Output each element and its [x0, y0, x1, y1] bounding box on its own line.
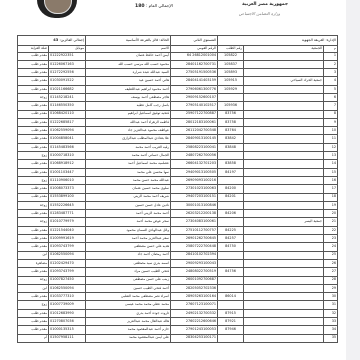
row-association: جمعية اليسر [244, 218, 324, 226]
row-association [244, 276, 324, 284]
row-association [244, 318, 324, 326]
row-national-id: 26604132701203 [171, 160, 218, 168]
row-name: اسمه بدري سيد مصطفى [86, 259, 171, 267]
table-row: 178420027301023100063سلوى محمد حسين عثما… [18, 185, 338, 193]
row-association [244, 251, 324, 259]
row-relation: زوج [18, 176, 49, 184]
row-national-id: 26001092700687 [171, 276, 218, 284]
table-row: 88375625907122700887فتحيه توفيق اسماعيل … [18, 110, 338, 118]
country-title: جمهورية مصر العربية [242, 2, 288, 7]
row-name: محمود حسب الله مرسي حسب الله [86, 60, 171, 68]
row-mobile: 01202429470 [49, 259, 86, 267]
table-row: 629009152600107هاجر مصطفى أحمد يوسف01145… [18, 93, 338, 101]
row-mobile: 01222922351 [49, 52, 86, 60]
row-national-id: 27607123100071 [171, 301, 218, 309]
row-mobile: 01062550094 [49, 251, 86, 259]
row-association [244, 135, 324, 143]
row-request-no: 84200 [218, 185, 244, 193]
row-mobile: 01272292556 [49, 69, 86, 77]
table-body: 110582226812001004 64أيمن أحمد حافظ عثما… [18, 52, 338, 342]
row-mobile: 01008073373 [49, 185, 86, 193]
table-row: 248475025807222700448هديه علي حسن مصطفى0… [18, 243, 338, 251]
row-request-no [218, 93, 244, 101]
row-request-no: 83842 [218, 135, 244, 143]
row-number: 10 [324, 127, 338, 135]
row-mobile: 01093743799 [49, 268, 86, 276]
row-mobile: 01093743799 [49, 243, 86, 251]
row-request-no [218, 176, 244, 184]
table-row: 110582226812001004 64أيمن أحمد حافظ عثما… [18, 52, 338, 60]
row-name: علا بغدادي عبدالمطلب عبدالرازق [86, 135, 171, 143]
row-association [244, 259, 324, 267]
row-national-id: 27304083100061 [171, 218, 218, 226]
table-row: 3528304253100171علي ايمن عبدالمقصود محمد… [18, 334, 338, 342]
row-association [244, 110, 324, 118]
row-name: الجمال حساني أحمد محمد [86, 152, 171, 160]
row-name: عبدالله محمد حسن محمد [86, 176, 171, 184]
row-national-id: 27602212600646 [171, 318, 218, 326]
table-row: 1626909093100216عبدالله محمد حسن محمد011… [18, 176, 338, 184]
row-national-id: 26203212200138 [171, 210, 218, 218]
row-national-id: 29009293100043 [171, 259, 218, 267]
row-number: 21 [324, 218, 338, 226]
row-association [244, 85, 324, 93]
row-request-no [218, 251, 244, 259]
row-number: 13 [324, 152, 338, 160]
row-mobile: 01221544040 [49, 226, 86, 234]
row-association [244, 176, 324, 184]
row-association [244, 118, 324, 126]
row-name: فتحي الطيب حسين مراد [86, 268, 171, 276]
row-number: 11 [324, 135, 338, 143]
row-association [244, 301, 324, 309]
row-association [244, 268, 324, 276]
row-request-no [218, 201, 244, 209]
row-name: أيمن أحمد حافظ عثمان [86, 52, 171, 60]
row-request-no [218, 334, 244, 342]
row-mobile: 01270807036 [49, 318, 86, 326]
row-number: 2 [324, 60, 338, 68]
row-name: حازم أحمد عبدالمقصود محمد [86, 326, 171, 334]
row-relation: مقدم طلب [18, 243, 49, 251]
table-row: 1324807262700056الجمال حساني أحمد محمد01… [18, 152, 338, 160]
row-request-no: 105893 [218, 69, 244, 77]
row-relation: مقدم طلب [18, 60, 49, 68]
row-mobile: 01226067163 [49, 60, 86, 68]
row-association [244, 293, 324, 301]
row-national-id: 25907122700887 [171, 110, 218, 118]
row-mobile: 01033777310 [49, 293, 86, 301]
row-name: سلوى محمد حسين عثمان [86, 185, 171, 193]
row-national-id: 27505191500536 [171, 69, 218, 77]
table-row: 310589327505191500536السيد عبدالله عبده … [18, 69, 338, 77]
row-association [244, 127, 324, 135]
row-name: أحمد رمضان أحمد جاد [86, 251, 171, 259]
row-name: هاله عبدالعال محمد عبدالعزيز [86, 318, 171, 326]
emblem-logo [37, 0, 77, 18]
row-relation: مقدم طلب [18, 110, 49, 118]
table-row: 2629009293100043اسمه بدري سيد مصطفى01202… [18, 259, 338, 267]
row-number: 4 [324, 77, 338, 85]
row-association [244, 69, 324, 77]
row-relation: مقدم طلب [18, 160, 49, 168]
row-number: 31 [324, 301, 338, 309]
table-row: 278475624808022700519فتحي الطيب حسين مرا… [18, 268, 338, 276]
row-number: 30 [324, 293, 338, 301]
row-relation: مقدم طلب [18, 185, 49, 193]
row-mobile: 01068420110 [49, 110, 86, 118]
row-number: 12 [324, 143, 338, 151]
row-mobile: 01030091522 [49, 77, 86, 85]
row-mobile: 01145218241 [49, 93, 86, 101]
row-request-no: 105936 [218, 102, 244, 110]
table-row: 128384825808223100041رقيه الغريب أحمد مح… [18, 143, 338, 151]
row-relation: مقدم طلب [18, 210, 49, 218]
row-national-id: 28205052702336 [171, 284, 218, 292]
row-request-no: 84756 [218, 268, 244, 276]
row-relation: مقدم طلب [18, 309, 49, 317]
row-number: 32 [324, 309, 338, 317]
row-national-id: 28410102702394 [171, 251, 218, 259]
row-national-id: 26901262700645 [171, 235, 218, 243]
row-national-id: 25807222700448 [171, 243, 218, 251]
row-relation: أم [18, 334, 49, 342]
row-relation: مقدم طلب [18, 118, 49, 126]
row-number: 17 [324, 185, 338, 193]
row-number: 34 [324, 326, 338, 334]
row-name: رقيه الغريب أحمد محمد [86, 143, 171, 151]
row-mobile: 01012683990 [49, 309, 86, 317]
table-row: 510592927906061300776أحمد محمود ابراهيم … [18, 85, 338, 93]
row-relation: زوجة [18, 93, 49, 101]
row-number: 6 [324, 93, 338, 101]
row-relation: زوج [18, 152, 49, 160]
row-association [244, 284, 324, 292]
admin-label: الإدارة: الغربقة الجهوية [218, 36, 338, 46]
row-relation: مقدم طلب [18, 326, 49, 334]
row-association [244, 201, 324, 209]
row-mobile: 01222685817 [49, 118, 86, 126]
row-request-no [218, 152, 244, 160]
row-mobile: 01009991619 [49, 235, 86, 243]
row-national-id: 27510112700757 [171, 226, 218, 234]
row-number: 24 [324, 243, 338, 251]
row-relation: ابن [18, 284, 49, 292]
table-row: 188420129407203100151شريف أحمد محمد الزي… [18, 193, 338, 201]
row-mobile: 01001103447 [49, 168, 86, 176]
row-association [244, 226, 324, 234]
row-mobile: 01552226645 [49, 201, 86, 209]
row-mobile: 01145483566 [49, 143, 86, 151]
row-number: 25 [324, 251, 338, 259]
row-request-no: 84206 [218, 210, 244, 218]
row-number: 5 [324, 85, 338, 93]
winners-total-label: إجمالي الفائزين: [59, 38, 84, 42]
row-request-no: 87946 [218, 326, 244, 334]
row-mobile: 01068918912 [49, 160, 86, 168]
row-relation: مقدم طلب [18, 168, 49, 176]
row-mobile: 01007739009 [49, 301, 86, 309]
row-association [244, 309, 324, 317]
row-name: وائل عبدالهادي السمان محمود [86, 226, 171, 234]
row-request-no: 84197 [218, 168, 244, 176]
row-number: 18 [324, 193, 338, 201]
row-relation: مقدم طلب [18, 85, 49, 93]
row-relation: مقدم طلب [18, 143, 49, 151]
row-relation: مقدم طلب [18, 318, 49, 326]
row-request-no: 83764 [218, 127, 244, 135]
row-name: عواطف محمود عبدالعزيز جاد [86, 127, 171, 135]
row-name: باسل رجب كامل عطيه [86, 102, 171, 110]
row-number: 9 [324, 118, 338, 126]
row-number: 29 [324, 284, 338, 292]
row-request-no [218, 301, 244, 309]
row-name: سها محسن علي محمد [86, 168, 171, 176]
row-name: أحمد فتحي الطيب حسين [86, 284, 171, 292]
row-relation: مقدم طلب [18, 193, 49, 201]
row-relation: زوجة [18, 201, 49, 209]
row-mobile: 01553899100 [49, 193, 86, 201]
table-row: 148385826604132701203عصلميه محمد اسماعيل… [18, 160, 338, 168]
row-mobile: 01021166682 [49, 85, 86, 93]
row-relation: مقدم طلب [18, 268, 49, 276]
row-national-id: 24902132700332 [171, 309, 218, 317]
table-row: 158419729409013100505سها محسن علي محمد01… [18, 168, 338, 176]
row-name: زينب علي حسن مصطفى [86, 276, 171, 284]
table-row: 98375828012183100061فاطمه الزهراء أحمد ع… [18, 118, 338, 126]
row-national-id: 26112042700348 [171, 127, 218, 135]
row-association [244, 60, 324, 68]
info-row: الإدارة: الغربقة الجهوية المستوى الثاني … [18, 36, 338, 46]
row-number: 16 [324, 176, 338, 184]
row-national-id: 28012183100061 [171, 118, 218, 126]
row-name: ثاروت جوده أحمد بدري [86, 309, 171, 317]
row-request-no [218, 259, 244, 267]
row-relation: زوجة [18, 276, 49, 284]
row-national-id: 27301023100063 [171, 185, 218, 193]
table-row: 21جمعية اليسر27304083100061سحر عوض محمد … [18, 218, 338, 226]
row-association [244, 235, 324, 243]
row-name: شريف أحمد محمد الزيني [86, 193, 171, 201]
row-request-no: 105837 [218, 60, 244, 68]
table-row: 1930001013100846نادين عادل حسن حسين01552… [18, 201, 338, 209]
table-row: 328791524902132700332ثاروت جوده أحمد بدر… [18, 309, 338, 317]
row-request-no: 105929 [218, 85, 244, 93]
row-relation: مقدم طلب [18, 102, 49, 110]
row-number: 28 [324, 276, 338, 284]
document-page: الإجمالي العام : 180 جمهورية مصر العربية… [0, 0, 346, 360]
row-name: علي ايمن عبدالمقصود محمد [86, 334, 171, 342]
row-number: 23 [324, 235, 338, 243]
row-association [244, 210, 324, 218]
row-relation: مقدم طلب [18, 293, 49, 301]
row-mobile: 01062550094 [49, 284, 86, 292]
row-relation: مقدم طلب [18, 226, 49, 234]
row-national-id: 25808223100041 [171, 143, 218, 151]
row-national-id: 28401162700731 [171, 60, 218, 68]
row-request-no: 84257 [218, 235, 244, 243]
row-relation: زوج [18, 301, 49, 309]
row-association [244, 193, 324, 201]
table-row: 210583728401162700731محمود حسب الله مرسي… [18, 60, 338, 68]
row-association [244, 243, 324, 251]
row-national-id: 27906061300776 [171, 85, 218, 93]
grand-total-value: 180 [135, 4, 145, 9]
table-row: 238425726901262700645سعر عبدالعزيز محمد … [18, 235, 338, 243]
row-national-id: 29409013100505 [171, 168, 218, 176]
row-request-no: 83756 [218, 110, 244, 118]
table-row: 308601428905263100164اسراء نصر مصطفى محم… [18, 293, 338, 301]
winners-total-value: 43 [53, 38, 58, 42]
row-national-id: 26812001004 64 [171, 52, 218, 60]
row-relation: ابن [18, 251, 49, 259]
table-row: 710593627905140102517باسل رجب كامل عطيه0… [18, 102, 338, 110]
row-request-no: 84225 [218, 226, 244, 234]
row-association [244, 185, 324, 193]
row-name: هديه علي حسن مصطفى [86, 243, 171, 251]
row-number: 3 [324, 69, 338, 77]
row-association [244, 143, 324, 151]
level-label: المستوى الثاني [171, 36, 218, 46]
row-national-id: 27905140102517 [171, 102, 218, 110]
table-row: 228422527510112700757وائل عبدالهادي السم… [18, 226, 338, 234]
row-number: 20 [324, 210, 338, 218]
table-row: 348794627901243100053حازم أحمد عبدالمقصو… [18, 326, 338, 334]
table-row: 4جمعية الحرك السياحي10591528404141403159… [18, 77, 338, 85]
row-mobile: 01000135315 [49, 326, 86, 334]
table-row: 108376426112042700348عواطف محمود عبدالعز… [18, 127, 338, 135]
row-relation: مقدم طلب [18, 235, 49, 243]
row-name: سحر عوض محمد أحمد [86, 218, 171, 226]
grand-total: الإجمالي العام : 180 [135, 3, 173, 9]
row-association: جمعية الحرك السياحي [244, 77, 324, 85]
row-name: فاطمه الزهراء أحمد عبدالله [86, 118, 171, 126]
row-mobile: 01110906010 [49, 176, 86, 184]
row-national-id: 27901243100053 [171, 326, 218, 334]
row-request-no: 87921 [218, 318, 244, 326]
row-request-no: 87915 [218, 309, 244, 317]
row-request-no [218, 218, 244, 226]
row-request-no: 86014 [218, 293, 244, 301]
row-association [244, 334, 324, 342]
row-name: سعر عبدالعزيز محمد أحمد [86, 235, 171, 243]
row-name: هاجر مصطفى أحمد يوسف [86, 93, 171, 101]
row-number: 8 [324, 110, 338, 118]
row-association [244, 160, 324, 168]
row-request-no: 83848 [218, 143, 244, 151]
row-name: السيد عبدالله عبده شراره [86, 69, 171, 77]
table-row: 208420626203212200138أحمد محمد الزيني أح… [18, 210, 338, 218]
row-relation: مقدم طلب [18, 69, 49, 77]
row-number: 33 [324, 318, 338, 326]
row-request-no: 83858 [218, 160, 244, 168]
row-request-no: 105915 [218, 77, 244, 85]
table-row: 3127607123100071محمد عطي محمد محمد عيسى0… [18, 301, 338, 309]
grand-total-label: الإجمالي العام : [146, 3, 173, 8]
row-name: فتحيه توفيق اسماعيل ابراهيم [86, 110, 171, 118]
row-national-id: 28409013100145 [171, 135, 218, 143]
row-national-id: 26909093100216 [171, 176, 218, 184]
row-request-no: 83758 [218, 118, 244, 126]
row-number: 7 [324, 102, 338, 110]
row-number: 22 [324, 226, 338, 234]
row-mobile: 01062559094 [49, 127, 86, 135]
winners-total: إجمالي الفائزين: 43 [18, 36, 86, 46]
row-request-no [218, 284, 244, 292]
table-row: 338792127602212600646هاله عبدالعال محمد … [18, 318, 338, 326]
row-name: أحمد محمد الزيني أحمد [86, 210, 171, 218]
row-national-id: 29407203100151 [171, 193, 218, 201]
winners-table: الإدارة: الغربقة الجهوية المستوى الثاني … [17, 35, 338, 343]
row-association [244, 326, 324, 334]
row-relation: زوجة [18, 218, 49, 226]
row-national-id: 24807262700056 [171, 152, 218, 160]
row-number: 14 [324, 160, 338, 168]
row-national-id: 28304253100171 [171, 334, 218, 342]
row-name: هاني أحمد حسين عيد [86, 77, 171, 85]
row-name: محمد عطي محمد محمد عيسى [86, 301, 171, 309]
row-name: نادين عادل حسن حسين [86, 201, 171, 209]
row-number: 19 [324, 201, 338, 209]
row-mobile: 01146550350 [49, 102, 86, 110]
row-association [244, 152, 324, 160]
table-row: 2528410102702394أحمد رمضان أحمد جاد01062… [18, 251, 338, 259]
table-row: 118384228409013100145علا بغدادي عبدالمطل… [18, 135, 338, 143]
row-mobile: 01007827450 [49, 276, 86, 284]
row-association [244, 93, 324, 101]
row-mobile: 01507958111 [49, 334, 86, 342]
row-national-id: 28404141403159 [171, 77, 218, 85]
row-mobile: 01283487771 [49, 210, 86, 218]
row-association [244, 102, 324, 110]
row-number: 1 [324, 52, 338, 60]
row-request-no: 84201 [218, 193, 244, 201]
row-number: 26 [324, 259, 338, 267]
row-mobile: 01010779979 [49, 218, 86, 226]
row-mobile: 01000718310 [49, 152, 86, 160]
ministry-title: وزارة التضامن الاجتماعي [239, 11, 280, 16]
status-label: الحالة: فائز بالقرعة الأساسية [86, 36, 171, 46]
row-mobile: 01004858041 [49, 135, 86, 143]
row-number: 15 [324, 168, 338, 176]
row-number: 35 [324, 334, 338, 342]
row-request-no [218, 276, 244, 284]
row-name: أحمد محمود ابراهيم عبداللطيف [86, 85, 171, 93]
row-request-no: 84750 [218, 243, 244, 251]
row-relation: مقدم طلب [18, 77, 49, 85]
table-row: 2826001092700687زينب علي حسن مصطفى010078… [18, 276, 338, 284]
row-relation: مقدم طلب [18, 127, 49, 135]
row-relation: مقدم طلب [18, 135, 49, 143]
row-name: اسراء نصر مصطفى محمد الشلبي [86, 293, 171, 301]
row-national-id: 29009152600107 [171, 93, 218, 101]
row-request-no: 105822 [218, 52, 244, 60]
row-national-id: 24808022700519 [171, 268, 218, 276]
row-name: عصلميه محمد اسماعيل أحمد [86, 160, 171, 168]
row-national-id: 30001013100846 [171, 201, 218, 209]
row-national-id: 28905263100164 [171, 293, 218, 301]
row-number: 27 [324, 268, 338, 276]
row-relation: مصاهرة [18, 259, 49, 267]
row-relation: مقدم طلب [18, 52, 49, 60]
table-row: 2928205052702336أحمد فتحي الطيب حسين0106… [18, 284, 338, 292]
row-association [244, 52, 324, 60]
row-association [244, 168, 324, 176]
